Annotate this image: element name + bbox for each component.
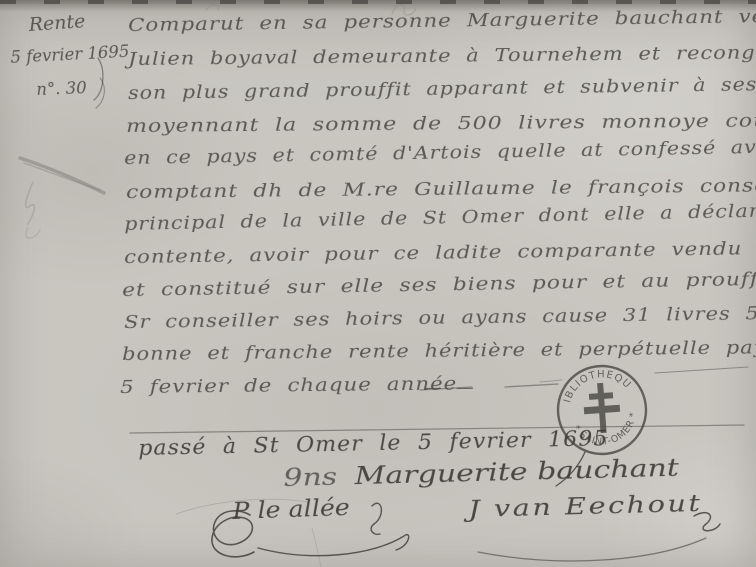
margin-note-date: 5 fevrier 1695 <box>10 42 130 67</box>
manuscript-line: comptant dh de M.re Guillaume le françoi… <box>126 176 756 203</box>
manuscript-line: Sr conseiller ses hoirs ou ayans cause 3… <box>124 303 756 333</box>
stamp-arc-top-text: BIBLIOTHEQUE <box>545 355 635 413</box>
trailing-dashes: — — <box>424 377 478 398</box>
margin-note-number: n°. 30 <box>36 78 87 99</box>
manuscript-line: en ce pays et comté d'Artois quelle at c… <box>124 136 756 169</box>
witness-right-underline <box>478 538 706 561</box>
manuscript-line: principal de la ville de St Omer dont el… <box>124 199 756 235</box>
svg-text:BIBLIOTHEQUE: BIBLIOTHEQUE <box>545 355 635 413</box>
manuscript-line: moyennant la somme de 500 livres monnoye… <box>126 111 756 137</box>
manuscript-line: et constitué sur elle ses biens pour et … <box>122 268 756 301</box>
manuscript-line: bonne et franche rente héritière et perp… <box>122 337 756 365</box>
witness-left-signature: P le allée <box>232 495 350 525</box>
margin-flourish <box>94 58 104 108</box>
notary-mark: 9ns <box>283 463 338 492</box>
manuscript-line: son plus grand prouffit apparant et subv… <box>128 74 756 104</box>
closing-line: passé à St Omer le 5 fevrier 1695 <box>138 426 609 460</box>
principal-signature-name: Marguerite bauchant <box>354 454 679 490</box>
manuscript-line: contente, avoir pour ce ladite comparant… <box>124 238 756 268</box>
witness-right-signature: J van Eechout <box>468 491 703 523</box>
witness-left-flourish <box>371 503 381 534</box>
principal-signature: 9nsMarguerite bauchant <box>283 454 679 492</box>
manuscript-line: Julien boyaval demeurante à Tournehem et… <box>128 42 756 70</box>
witness-left-underline <box>258 535 409 556</box>
scanned-manuscript-page: BIBLIOTHEQUE * SAINT-OMER * Rente 5 fevr… <box>0 0 756 567</box>
manuscript-line: 5 fevrier de chaque année <box>120 374 457 398</box>
margin-note-rente: Rente <box>28 10 86 36</box>
